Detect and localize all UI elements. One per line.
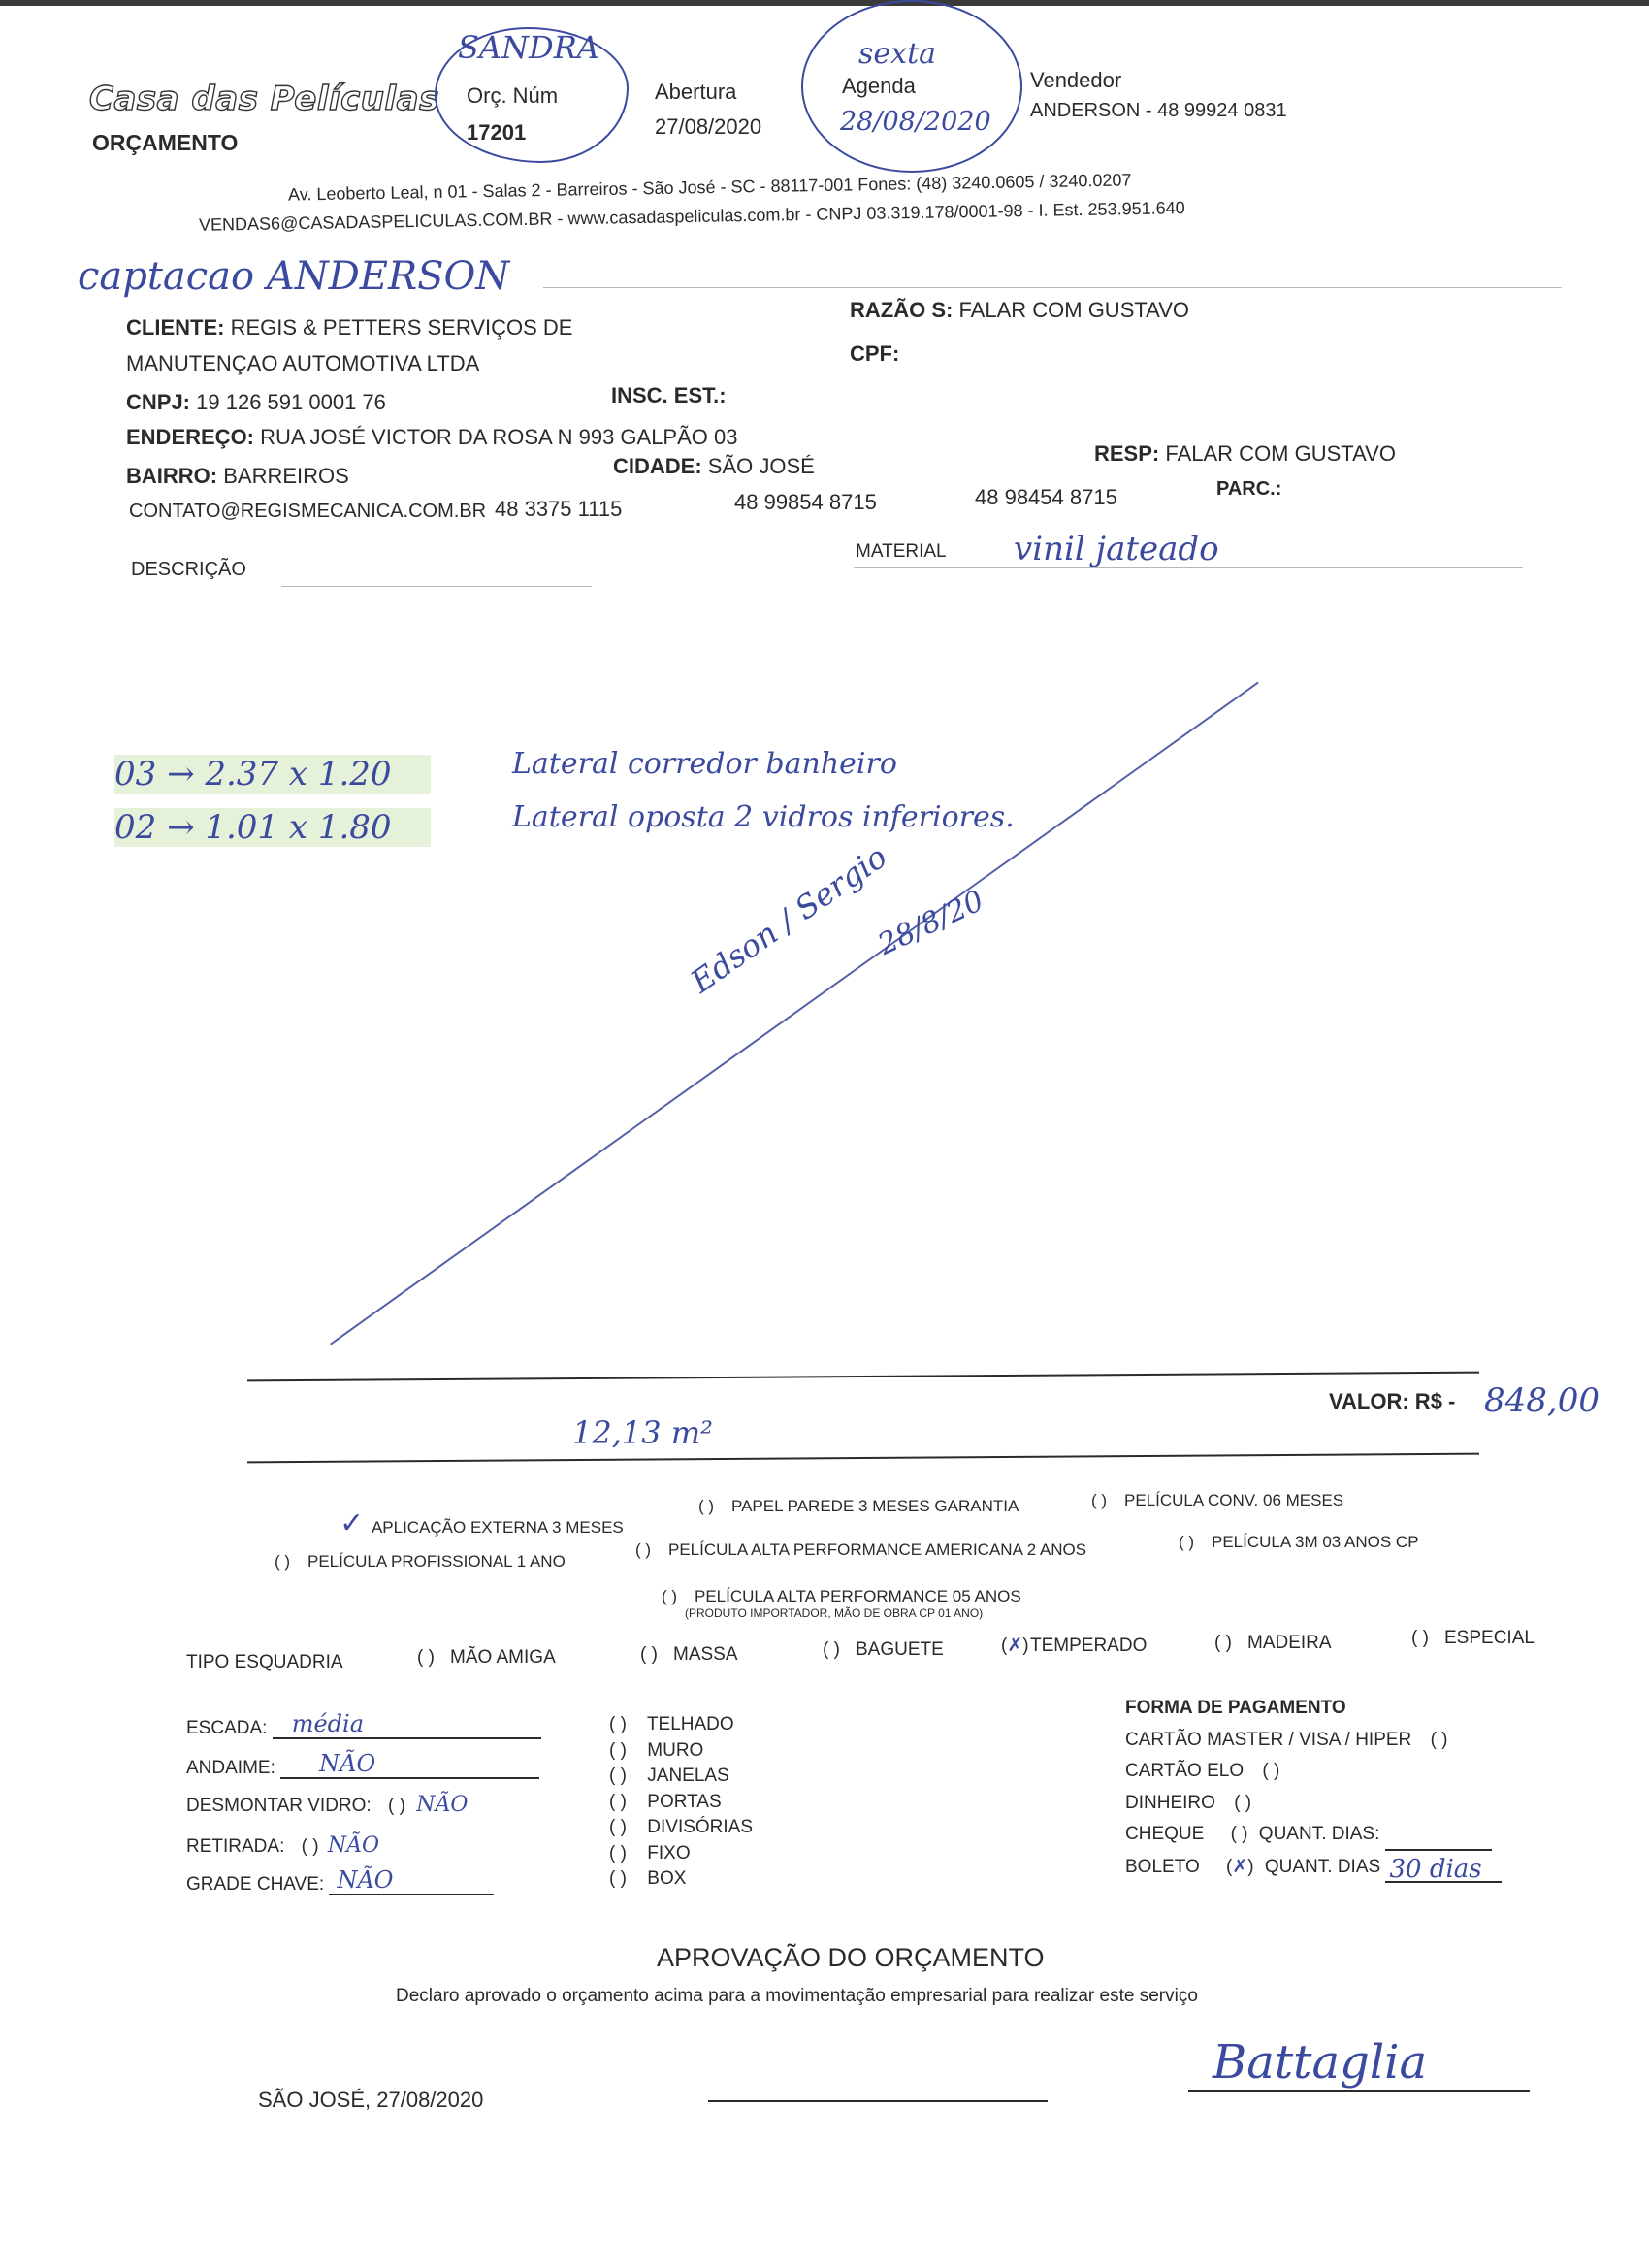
agenda-handwritten-day: sexta: [858, 37, 936, 71]
signoff-name: Edson / Sergio: [684, 838, 893, 1000]
cliente-value-line2: MANUTENÇAO AUTOMOTIVA LTDA: [126, 351, 479, 376]
orc-number: 17201: [467, 120, 526, 146]
grade-chave-field: GRADE CHAVE: NÃO: [186, 1870, 494, 1895]
service-option-3[interactable]: ( )PELÍCULA CONV. 06 MESES: [1091, 1491, 1343, 1510]
approval-statement: Declaro aprovado o orçamento acima para …: [396, 1986, 1198, 2007]
andaime-value: NÃO: [319, 1750, 375, 1777]
payment-option-cheque[interactable]: CHEQUE ( ) QUANT. DIAS:: [1125, 1819, 1502, 1851]
signature-line-company: [708, 2100, 1048, 2102]
escada-field: ESCADA: média: [186, 1714, 541, 1739]
service-option-2[interactable]: ( )PAPEL PAREDE 3 MESES GARANTIA: [698, 1497, 1018, 1516]
cancel-diagonal-stroke: [330, 682, 1259, 1345]
cnpj-value: 19 126 591 0001 76: [196, 390, 386, 414]
material-value: vinil jateado: [1014, 530, 1219, 568]
valor-amount: 848,00: [1484, 1381, 1600, 1420]
esquadria-option-baguete[interactable]: ( )BAGUETE: [823, 1639, 944, 1661]
bairro-value: BARREIROS: [223, 464, 349, 488]
retirada-field: RETIRADA: ( ) NÃO: [186, 1833, 379, 1858]
service-option-7[interactable]: ( )PELÍCULA ALTA PERFORMANCE 05 ANOS: [662, 1587, 1021, 1606]
service-option-6[interactable]: ( )PELÍCULA 3M 03 ANOS CP: [1179, 1533, 1419, 1552]
endereco-value: RUA JOSÉ VICTOR DA ROSA N 993 GALPÃO 03: [260, 425, 737, 449]
company-logo: Casa das Películas: [89, 80, 439, 118]
endereco-label: ENDEREÇO:: [126, 425, 254, 449]
x-mark-icon: ✗: [1232, 1856, 1247, 1877]
location-option-muro[interactable]: ( ) MURO: [609, 1738, 753, 1765]
total-top-line: [247, 1372, 1479, 1382]
esquadria-option-massa[interactable]: ( )MASSA: [640, 1644, 738, 1666]
payment-option-dinheiro[interactable]: DINHEIRO ( ): [1125, 1788, 1502, 1820]
material-line: [854, 567, 1523, 568]
checkmark-icon: ✓: [339, 1507, 364, 1540]
location-option-divisorias[interactable]: ( ) DIVISÓRIAS: [609, 1815, 753, 1841]
cidade-field: CIDADE: SÃO JOSÉ: [613, 454, 815, 479]
cliente-field: CLIENTE: REGIS & PETTERS SERVIÇOS DE: [126, 315, 572, 340]
scan-top-edge: [0, 0, 1649, 6]
endereco-field: ENDEREÇO: RUA JOSÉ VICTOR DA ROSA N 993 …: [126, 425, 737, 450]
service-option-4[interactable]: ( )PELÍCULA PROFISSIONAL 1 ANO: [275, 1552, 566, 1571]
valor-label: VALOR: R$ -: [1329, 1389, 1455, 1414]
cidade-value: SÃO JOSÉ: [708, 454, 815, 478]
cidade-label: CIDADE:: [613, 454, 702, 478]
vendedor-label: Vendedor: [1030, 68, 1121, 93]
client-phone-1: 48 3375 1115: [495, 497, 622, 522]
abertura-date: 27/08/2020: [655, 114, 761, 140]
retirada-value: NÃO: [328, 1833, 379, 1858]
razao-value: FALAR COM GUSTAVO: [958, 298, 1189, 322]
item-2-dimensions: 02 → 1.01 x 1.80: [114, 808, 431, 847]
total-bottom-line: [247, 1453, 1479, 1464]
payment-option-boleto[interactable]: BOLETO (✗) QUANT. DIAS 30 dias: [1125, 1851, 1502, 1884]
location-option-telhado[interactable]: ( ) TELHADO: [609, 1712, 753, 1738]
x-mark-icon: ✗: [1007, 1635, 1022, 1656]
razao-label: RAZÃO S:: [850, 298, 953, 322]
item-1-text: Lateral corredor banheiro: [512, 747, 897, 781]
cliente-value: REGIS & PETTERS SERVIÇOS DE: [231, 315, 573, 340]
captacao-annotation: captacao ANDERSON: [78, 254, 509, 299]
payment-option-elo[interactable]: CARTÃO ELO ( ): [1125, 1756, 1502, 1788]
bairro-label: BAIRRO:: [126, 464, 217, 488]
escada-value: média: [292, 1710, 364, 1737]
esquadria-option-temperado[interactable]: (✗)TEMPERADO: [1001, 1635, 1147, 1657]
location-option-portas[interactable]: ( ) PORTAS: [609, 1790, 753, 1816]
cliente-label: CLIENTE:: [126, 315, 224, 340]
company-address: Av. Leoberto Leal, n 01 - Salas 2 - Barr…: [288, 170, 1132, 205]
item-1-dimensions: 03 → 2.37 x 1.20: [114, 755, 431, 794]
item-2-text: Lateral oposta 2 vidros inferiores.: [512, 800, 1015, 834]
cheque-dias-field[interactable]: [1385, 1831, 1492, 1851]
vendedor-value: ANDERSON - 48 99924 0831: [1030, 100, 1287, 122]
service-option-1[interactable]: ✓ APLICAÇÃO EXTERNA 3 MESES: [339, 1507, 624, 1540]
client-phone-2: 48 99854 8715: [734, 490, 877, 515]
doc-type-title: ORÇAMENTO: [92, 130, 238, 156]
cnpj-label: CNPJ:: [126, 390, 190, 414]
client-phone-3: 48 98454 8715: [975, 485, 1117, 510]
client-signature: Battaglia: [1212, 2035, 1427, 2090]
signoff-date: 28/8/20: [873, 884, 989, 962]
service-option-7-note: (PRODUTO IMPORTADOR, MÃO DE OBRA CP 01 A…: [685, 1606, 983, 1620]
razao-field: RAZÃO S: FALAR COM GUSTAVO: [850, 298, 1189, 323]
material-label: MATERIAL: [856, 541, 947, 563]
resp-value: FALAR COM GUSTAVO: [1165, 441, 1396, 466]
descricao-line: [281, 586, 592, 587]
abertura-label: Abertura: [655, 80, 736, 105]
grade-chave-value: NÃO: [337, 1866, 393, 1894]
service-option-5[interactable]: ( )PELÍCULA ALTA PERFORMANCE AMERICANA 2…: [635, 1540, 1086, 1560]
esquadria-label: TIPO ESQUADRIA: [186, 1652, 343, 1673]
signature-line-client: [1188, 2090, 1530, 2092]
bairro-field: BAIRRO: BARREIROS: [126, 464, 349, 489]
orc-number-label: Orç. Núm: [467, 83, 558, 109]
agenda-label: Agenda: [842, 74, 916, 99]
cnpj-field: CNPJ: 19 126 591 0001 76: [126, 390, 386, 415]
resp-label: RESP:: [1094, 441, 1159, 466]
approval-title: APROVAÇÃO DO ORÇAMENTO: [657, 1943, 1045, 1973]
cpf-label: CPF:: [850, 341, 899, 367]
esquadria-option-mao-amiga[interactable]: ( )MÃO AMIGA: [417, 1647, 556, 1669]
andaime-field: ANDAIME: NÃO: [186, 1754, 539, 1779]
area-total: 12,13 m²: [572, 1414, 713, 1451]
location-option-fixo[interactable]: ( ) FIXO: [609, 1841, 753, 1867]
approval-place-date: SÃO JOSÉ, 27/08/2020: [258, 2088, 483, 2113]
location-option-janelas[interactable]: ( ) JANELAS: [609, 1764, 753, 1790]
desmontar-value: NÃO: [416, 1793, 468, 1817]
insc-est-label: INSC. EST.:: [611, 383, 727, 408]
desmontar-field: DESMONTAR VIDRO: ( ) NÃO: [186, 1793, 468, 1817]
client-email: CONTATO@REGISMECANICA.COM.BR: [129, 501, 486, 523]
esquadria-option-especial[interactable]: ( )ESPECIAL: [1411, 1628, 1535, 1649]
resp-field: RESP: FALAR COM GUSTAVO: [1094, 441, 1396, 467]
payment-title: FORMA DE PAGAMENTO: [1125, 1693, 1502, 1725]
payment-section: FORMA DE PAGAMENTO CARTÃO MASTER / VISA …: [1125, 1693, 1502, 1883]
boleto-dias-field[interactable]: 30 dias: [1385, 1863, 1502, 1883]
esquadria-option-madeira[interactable]: ( )MADEIRA: [1214, 1633, 1332, 1654]
payment-option-master[interactable]: CARTÃO MASTER / VISA / HIPER ( ): [1125, 1725, 1502, 1757]
location-option-box[interactable]: ( ) BOX: [609, 1866, 753, 1893]
location-options: ( ) TELHADO ( ) MURO ( ) JANELAS ( ) POR…: [609, 1712, 753, 1893]
orc-handwritten-name: SANDRA: [458, 29, 599, 66]
agenda-handwritten-date: 28/08/2020: [840, 107, 991, 137]
descricao-label: DESCRIÇÃO: [131, 559, 246, 581]
parc-label: PARC.:: [1216, 478, 1281, 501]
section-divider: [543, 287, 1562, 288]
